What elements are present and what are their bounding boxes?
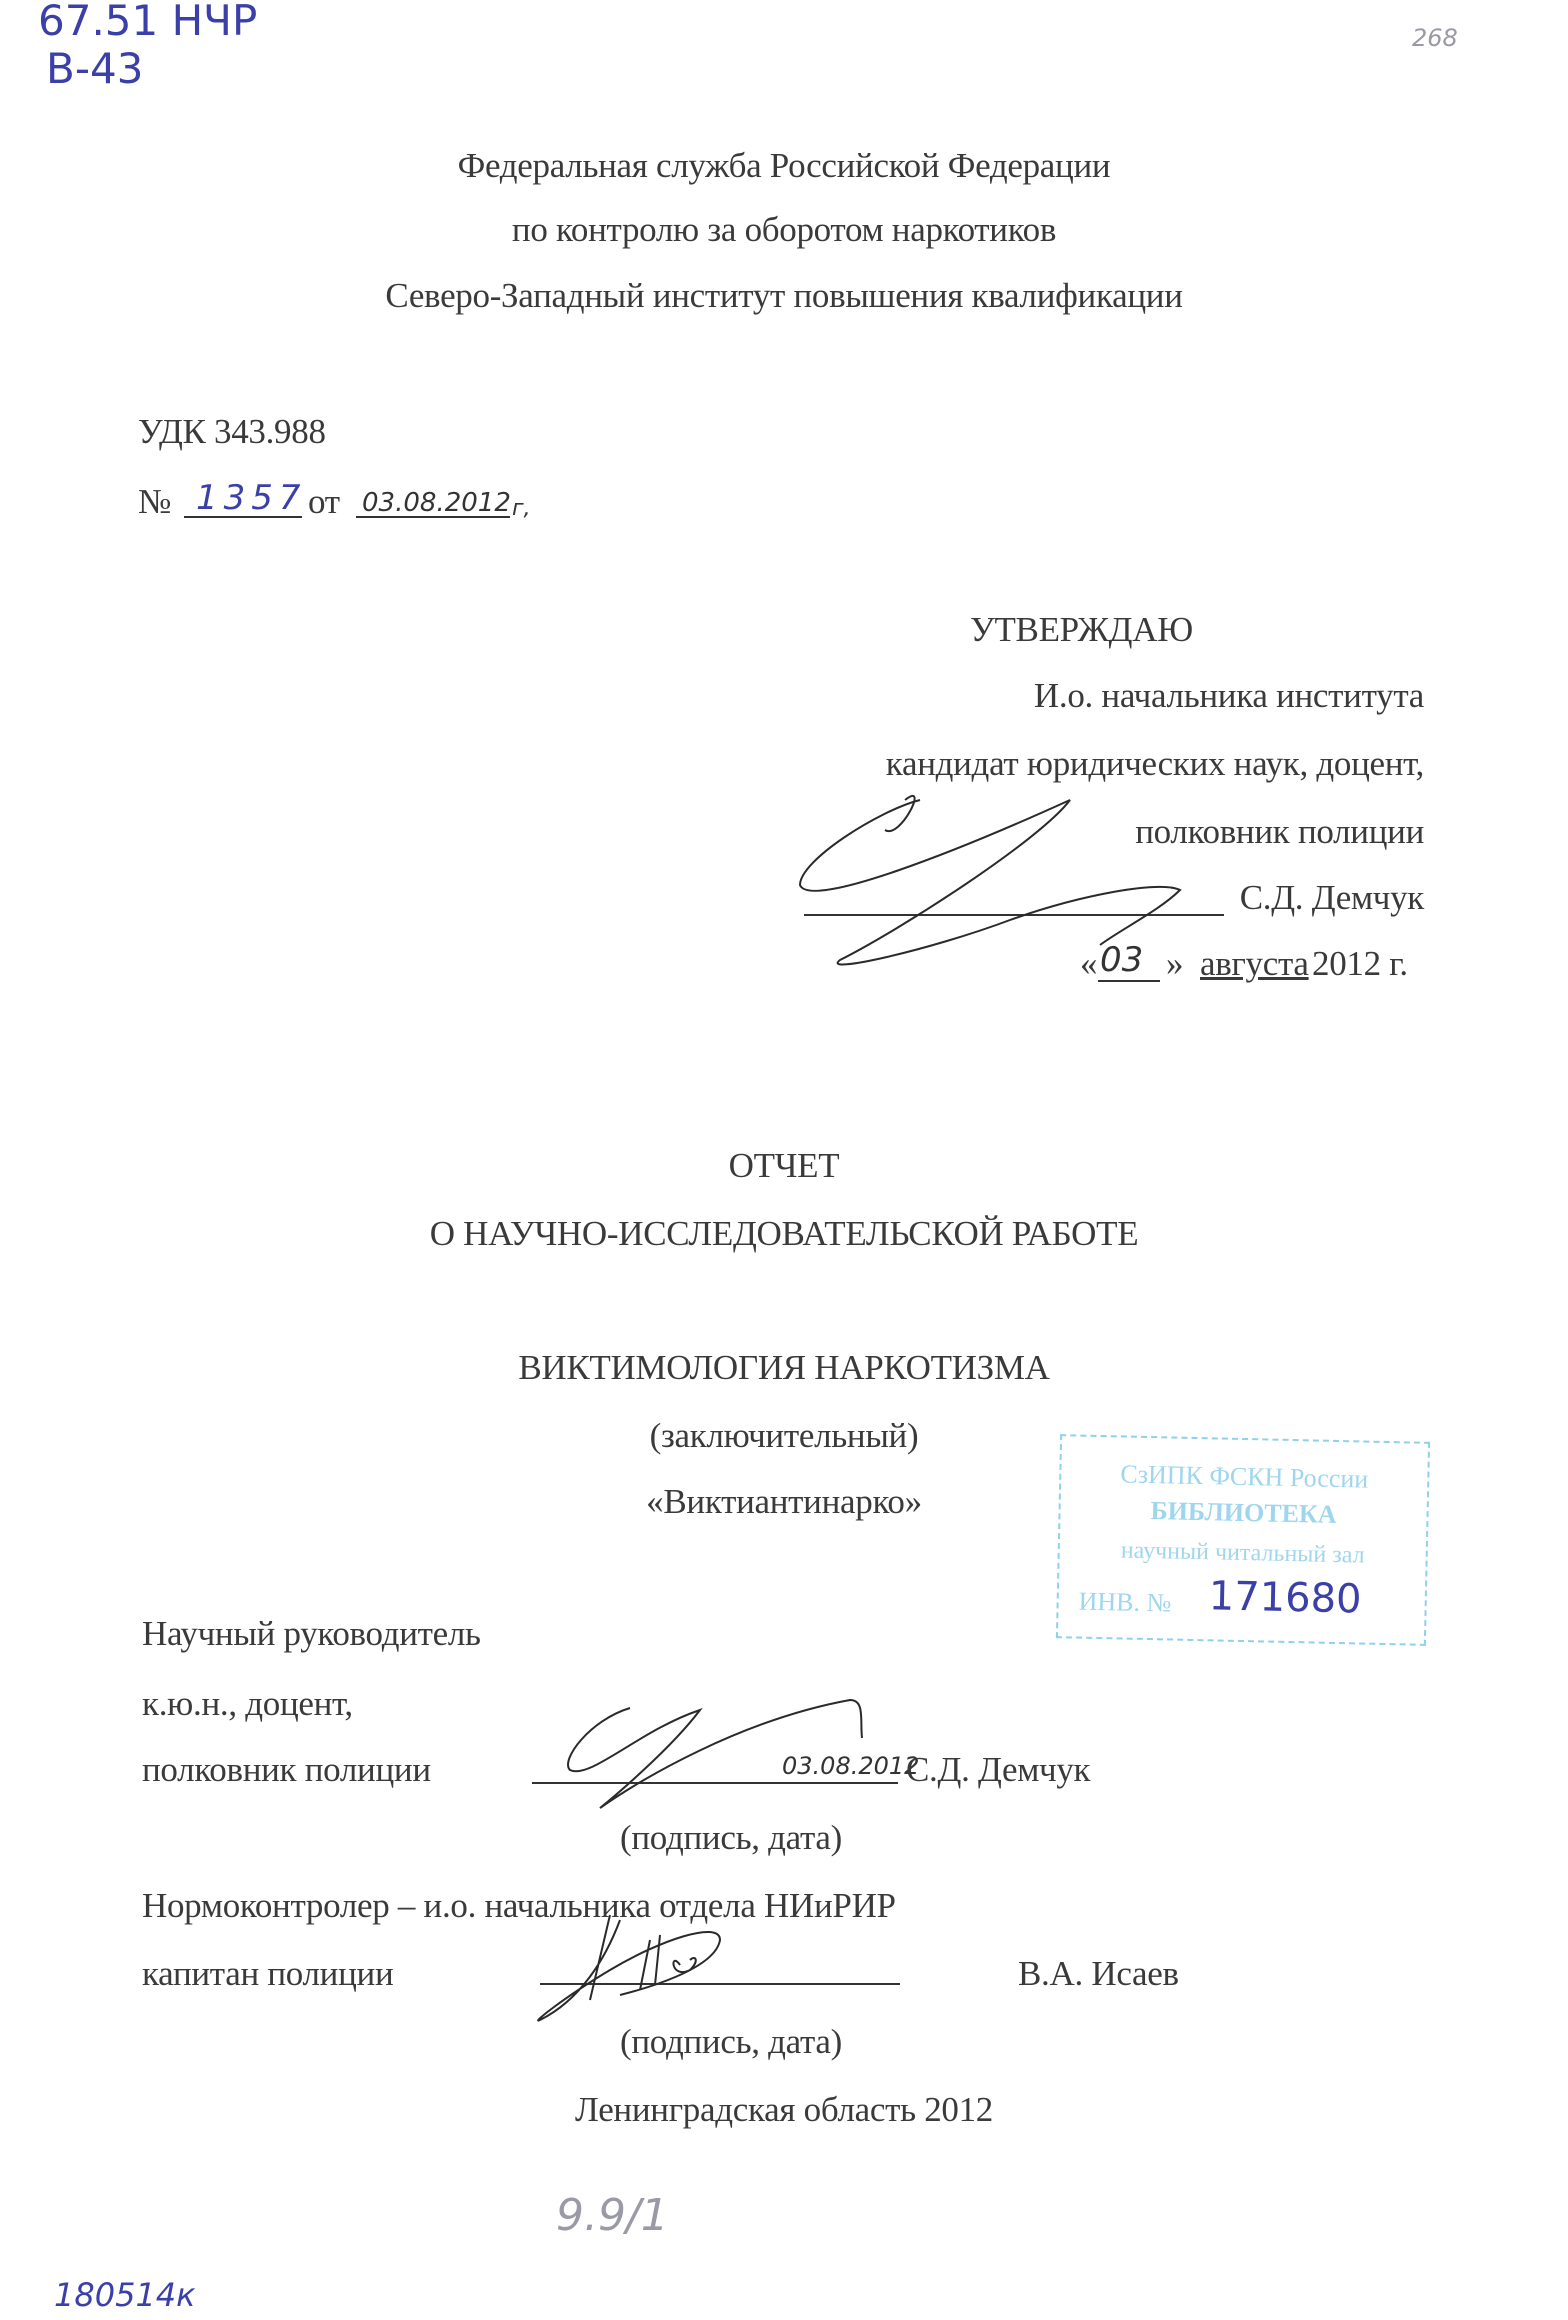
approval-date-open: « <box>1080 946 1097 981</box>
date-prefix: от <box>308 484 340 519</box>
normcontrol-role: Нормоконтролер – и.о. начальника отдела … <box>142 1888 896 1923</box>
header-line-3: Северо-Западный институт повышения квали… <box>0 278 1568 313</box>
header-line-2: по контролю за оборотом наркотиков <box>0 212 1568 247</box>
header-line-1: Федеральная служба Российской Федерации <box>0 148 1568 183</box>
supervisor-role: Научный руководитель <box>142 1616 481 1651</box>
stamp-inv-number: 171680 <box>1208 1573 1362 1622</box>
number-sign: № <box>138 484 171 519</box>
normcontrol-name: В.А. Исаев <box>1018 1956 1179 1991</box>
supervisor-signature-caption: (подпись, дата) <box>620 1820 842 1855</box>
supervisor-degree: к.ю.н., доцент, <box>142 1686 353 1721</box>
page-number-pencil: 268 <box>1412 24 1458 52</box>
report-title: ОТЧЕТ <box>0 1148 1568 1183</box>
approval-degree: кандидат юридических наук, доцент, <box>886 746 1424 781</box>
approval-date-close: » <box>1166 946 1183 981</box>
approval-heading: УТВЕРЖДАЮ <box>970 612 1193 647</box>
normcontrol-signature-caption: (подпись, дата) <box>620 2024 842 2059</box>
stamp-inv-label: ИНВ. № <box>1078 1587 1171 1619</box>
approval-name: С.Д. Демчук <box>1240 880 1424 915</box>
stamp-line-1: СзИПК ФСКН России <box>1061 1458 1428 1496</box>
approval-day-underline <box>1098 980 1160 982</box>
registration-date: 03.08.2012 <box>362 488 511 518</box>
supervisor-name: С.Д. Демчук <box>906 1752 1090 1787</box>
registration-number: 1357 <box>196 478 307 518</box>
approval-date-year: 2012 г. <box>1312 946 1408 981</box>
bottom-catalog-code: 180514к <box>54 2276 195 2314</box>
report-subtitle: О НАУЧНО-ИССЛЕДОВАТЕЛЬСКОЙ РАБОТЕ <box>0 1216 1568 1251</box>
normcontrol-signature <box>520 1910 780 2030</box>
library-stamp: СзИПК ФСКН России БИБЛИОТЕКА научный чит… <box>1056 1434 1430 1646</box>
approval-position: И.о. начальника института <box>1034 678 1424 713</box>
catalog-code-line1: 67.51 НЧР <box>38 0 257 45</box>
registration-date-suffix: г, <box>512 496 531 521</box>
udk-code: УДК 343.988 <box>138 414 326 449</box>
stamp-line-3: научный читальный зал <box>1059 1536 1425 1571</box>
supervisor-rank: полковник полиции <box>142 1752 431 1787</box>
approval-date-month: августа <box>1200 946 1309 981</box>
bottom-pencil-mark: 9.9/1 <box>556 2190 669 2241</box>
normcontrol-rank: капитан полиции <box>142 1956 393 1991</box>
approval-date-day: 03 <box>1100 940 1143 980</box>
report-topic: ВИКТИМОЛОГИЯ НАРКОТИЗМА <box>0 1350 1568 1385</box>
place-year: Ленинградская область 2012 <box>0 2092 1568 2127</box>
catalog-code-line2: В-43 <box>46 44 143 93</box>
stamp-line-2: БИБЛИОТЕКА <box>1060 1494 1427 1532</box>
supervisor-signed-date: 03.08.2012 <box>782 1752 919 1780</box>
